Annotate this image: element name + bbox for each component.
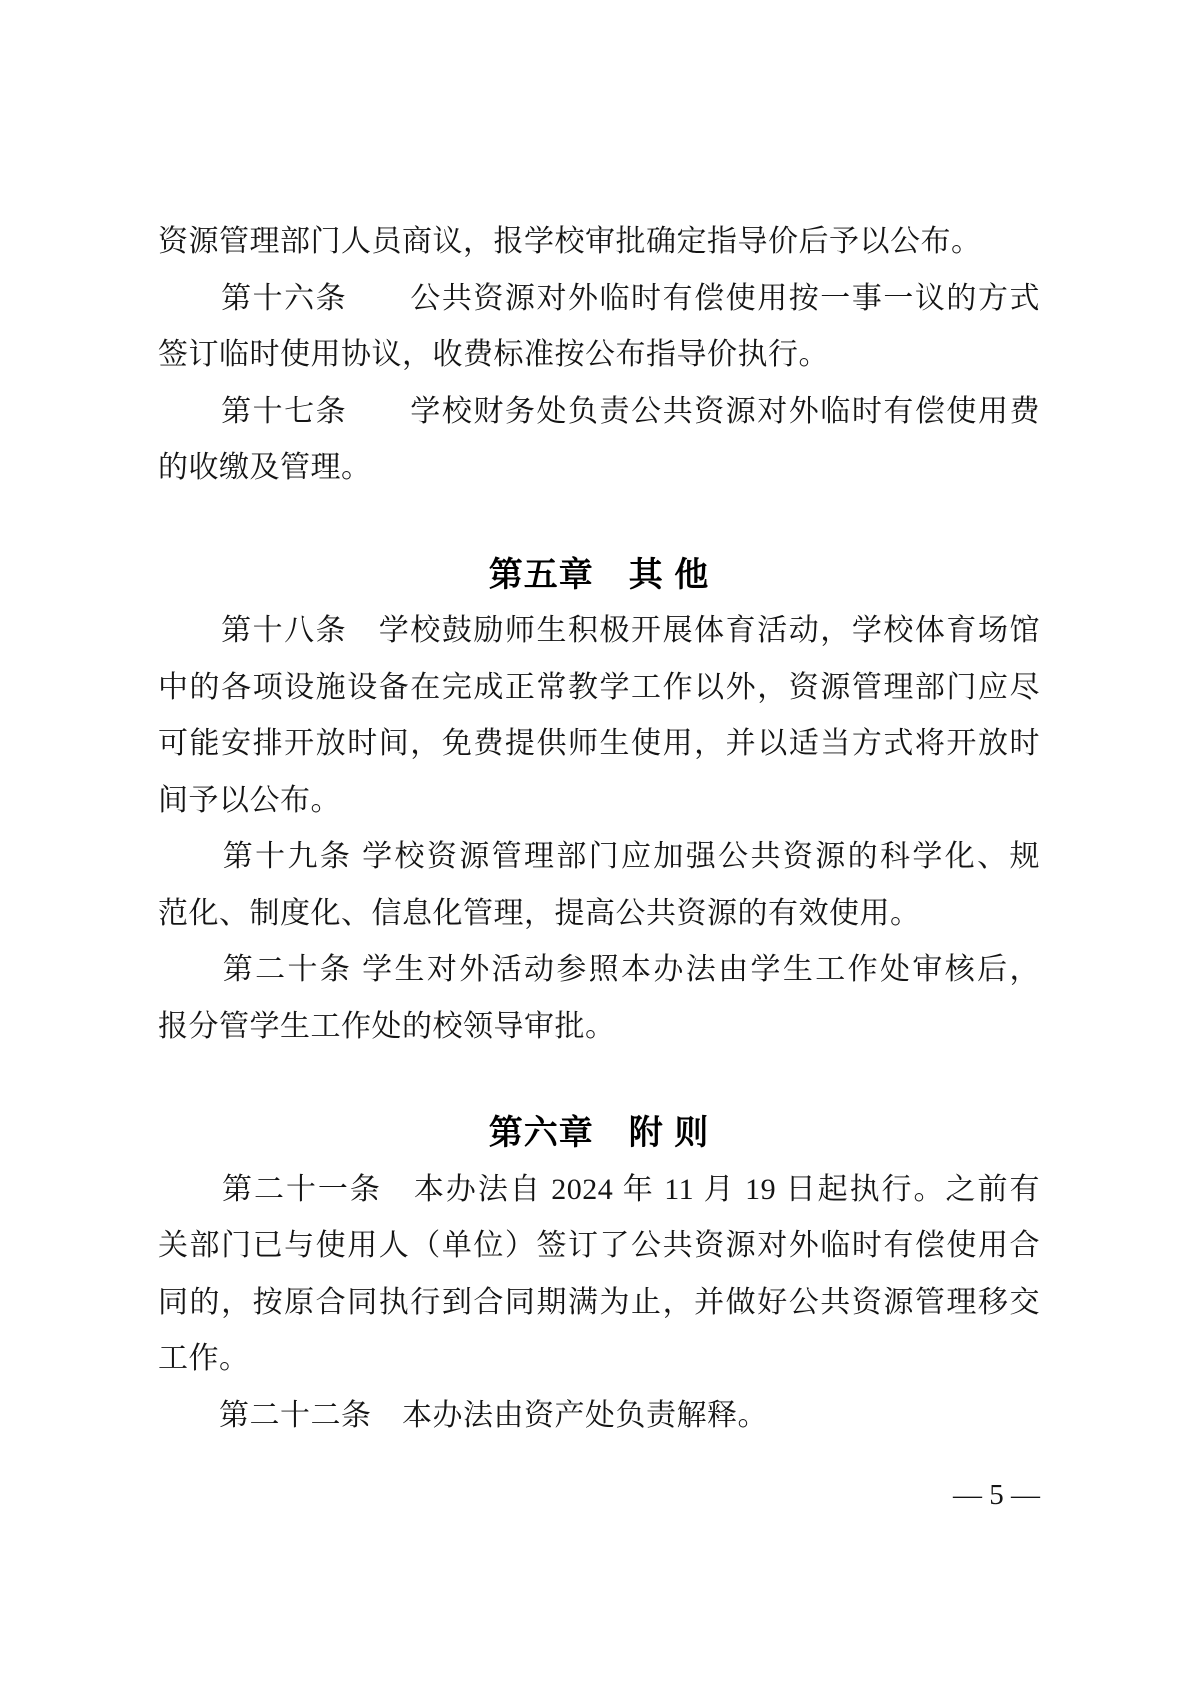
- document-line: 工作。: [158, 1331, 1040, 1388]
- document-line-article-18: 第十八条 学校鼓励师生积极开展体育活动，学校体育场馆: [158, 603, 1040, 660]
- document-line: 报分管学生工作处的校领导审批。: [158, 999, 1040, 1056]
- chapter-heading-5: 第五章 其 他: [158, 547, 1040, 604]
- document-line: 同的，按原合同执行到合同期满为止，并做好公共资源管理移交: [158, 1275, 1040, 1332]
- document-line-article-22: 第二十二条 本办法由资产处负责解释。: [158, 1388, 1040, 1445]
- document-page: 资源管理部门人员商议，报学校审批确定指导价后予以公布。 第十六条 公共资源对外临…: [0, 0, 1191, 1684]
- document-line-article-19: 第十九条 学校资源管理部门应加强公共资源的科学化、规: [158, 829, 1040, 886]
- document-line-article-21: 第二十一条 本办法自 2024 年 11 月 19 日起执行。之前有: [158, 1162, 1040, 1219]
- document-line: 间予以公布。: [158, 773, 1040, 830]
- document-line: 范化、制度化、信息化管理，提高公共资源的有效使用。: [158, 886, 1040, 943]
- document-line: 资源管理部门人员商议，报学校审批确定指导价后予以公布。: [158, 214, 1040, 271]
- chapter-heading-6: 第六章 附 则: [158, 1105, 1040, 1162]
- page-content: 资源管理部门人员商议，报学校审批确定指导价后予以公布。 第十六条 公共资源对外临…: [158, 214, 1040, 1444]
- document-line: 关部门已与使用人（单位）签订了公共资源对外临时有偿使用合: [158, 1218, 1040, 1275]
- document-line-article-17: 第十七条 学校财务处负责公共资源对外临时有偿使用费: [158, 384, 1040, 441]
- document-line-article-20: 第二十条 学生对外活动参照本办法由学生工作处审核后，: [158, 942, 1040, 999]
- page-number: — 5 —: [158, 1478, 1040, 1512]
- document-line: 中的各项设施设备在完成正常教学工作以外，资源管理部门应尽: [158, 660, 1040, 717]
- document-line-article-16: 第十六条 公共资源对外临时有偿使用按一事一议的方式: [158, 271, 1040, 328]
- document-line: 可能安排开放时间，免费提供师生使用，并以适当方式将开放时: [158, 716, 1040, 773]
- document-line: 签订临时使用协议，收费标准按公布指导价执行。: [158, 327, 1040, 384]
- document-line: 的收缴及管理。: [158, 440, 1040, 497]
